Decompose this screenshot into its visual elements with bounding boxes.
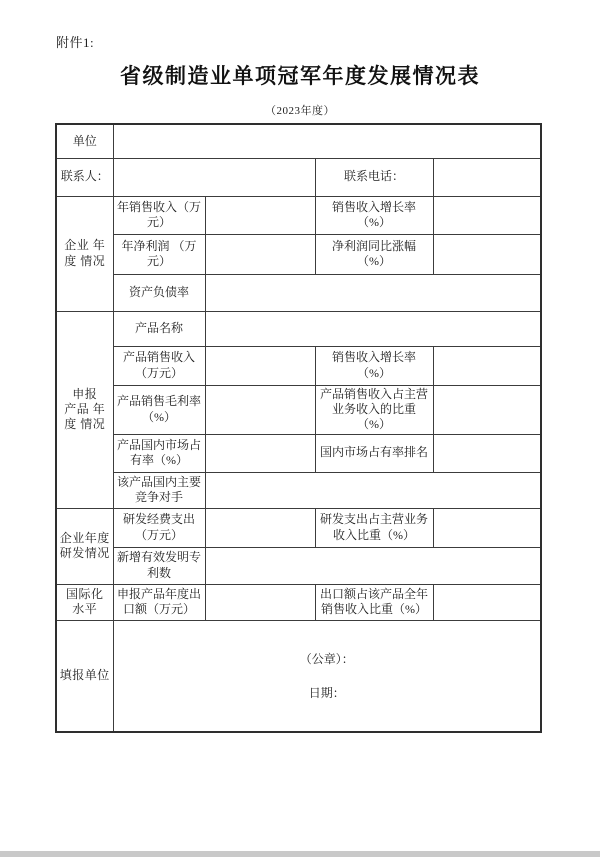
export-ratio-label-cell: 出口额占该产品全年 销售收入比重（%） bbox=[315, 584, 433, 620]
rd-income-ratio-value-cell bbox=[433, 508, 541, 547]
domestic-share-value-cell bbox=[205, 434, 315, 472]
contact-value-cell bbox=[113, 158, 315, 196]
debt-ratio-value-cell bbox=[205, 274, 541, 311]
rd-expense-label-cell: 研发经费支出 （万元） bbox=[113, 508, 205, 547]
debt-ratio-label-cell: 资产负债率 bbox=[113, 274, 205, 311]
section-internationalization-cell: 国际化 水平 bbox=[56, 584, 113, 620]
net-profit-value-cell bbox=[205, 234, 315, 274]
export-ratio-value-cell bbox=[433, 584, 541, 620]
product-name-label-cell: 产品名称 bbox=[113, 311, 205, 346]
competitors-value-cell bbox=[205, 472, 541, 508]
product-sales-growth-label-cell: 销售收入增长率 （%） bbox=[315, 346, 433, 385]
product-sales-growth-value-cell bbox=[433, 346, 541, 385]
annual-sales-label-cell: 年销售收入（万 元） bbox=[113, 196, 205, 234]
net-profit-label-cell: 年净利润 （万 元） bbox=[113, 234, 205, 274]
net-profit-growth-label-cell: 净利润同比涨幅 （%） bbox=[315, 234, 433, 274]
main-income-ratio-label-cell: 产品销售收入占主营 业务收入的比重 （%） bbox=[315, 385, 433, 434]
scan-edge-strip bbox=[0, 851, 600, 857]
product-name-value-cell bbox=[205, 311, 541, 346]
champion-development-form-table: 单位 联系人： 联系电话： 企业 年 度 情况 年销售收入（万 元） 销售收入增… bbox=[55, 123, 542, 733]
page-title: 省级制造业单项冠军年度发展情况表 bbox=[0, 60, 600, 90]
contact-label-cell: 联系人： bbox=[56, 158, 113, 196]
product-sales-value-cell bbox=[205, 346, 315, 385]
new-patents-value-cell bbox=[205, 547, 541, 584]
product-sales-label-cell: 产品销售收入 （万元） bbox=[113, 346, 205, 385]
gross-margin-label-cell: 产品销售毛利率 （%） bbox=[113, 385, 205, 434]
contact-phone-label-cell: 联系电话： bbox=[315, 158, 433, 196]
rd-income-ratio-label-cell: 研发支出占主营业务 收入比重（%） bbox=[315, 508, 433, 547]
export-value-value-cell bbox=[205, 584, 315, 620]
new-patents-label-cell: 新增有效发明专 利数 bbox=[113, 547, 205, 584]
official-seal-line: （公章）： bbox=[116, 650, 539, 668]
sales-growth-label-cell: 销售收入增长率 （%） bbox=[315, 196, 433, 234]
section-rd-annual-cell: 企业年度 研发情况 bbox=[56, 508, 113, 584]
domestic-rank-value-cell bbox=[433, 434, 541, 472]
unit-value-cell bbox=[113, 124, 541, 158]
unit-label-cell: 单位 bbox=[56, 124, 113, 158]
date-line: 日期： bbox=[116, 684, 539, 702]
competitors-label-cell: 该产品国内主要 竞争对手 bbox=[113, 472, 205, 508]
domestic-share-label-cell: 产品国内市场占 有率（%） bbox=[113, 434, 205, 472]
sales-growth-value-cell bbox=[433, 196, 541, 234]
rd-expense-value-cell bbox=[205, 508, 315, 547]
page-subtitle: （2023年度） bbox=[0, 102, 600, 118]
export-value-label-cell: 申报产品年度出 口额（万元） bbox=[113, 584, 205, 620]
annual-sales-value-cell bbox=[205, 196, 315, 234]
domestic-rank-label-cell: 国内市场占有率排名 bbox=[315, 434, 433, 472]
net-profit-growth-value-cell bbox=[433, 234, 541, 274]
main-income-ratio-value-cell bbox=[433, 385, 541, 434]
section-enterprise-annual-cell: 企业 年 度 情况 bbox=[56, 196, 113, 311]
attachment-label: 附件1: bbox=[56, 32, 94, 51]
contact-phone-value-cell bbox=[433, 158, 541, 196]
filing-unit-label-cell: 填报单位 bbox=[56, 620, 113, 732]
gross-margin-value-cell bbox=[205, 385, 315, 434]
filing-seal-date-cell: （公章）： 日期： bbox=[113, 620, 541, 732]
section-declared-product-cell: 申报 产品 年 度 情况 bbox=[56, 311, 113, 508]
